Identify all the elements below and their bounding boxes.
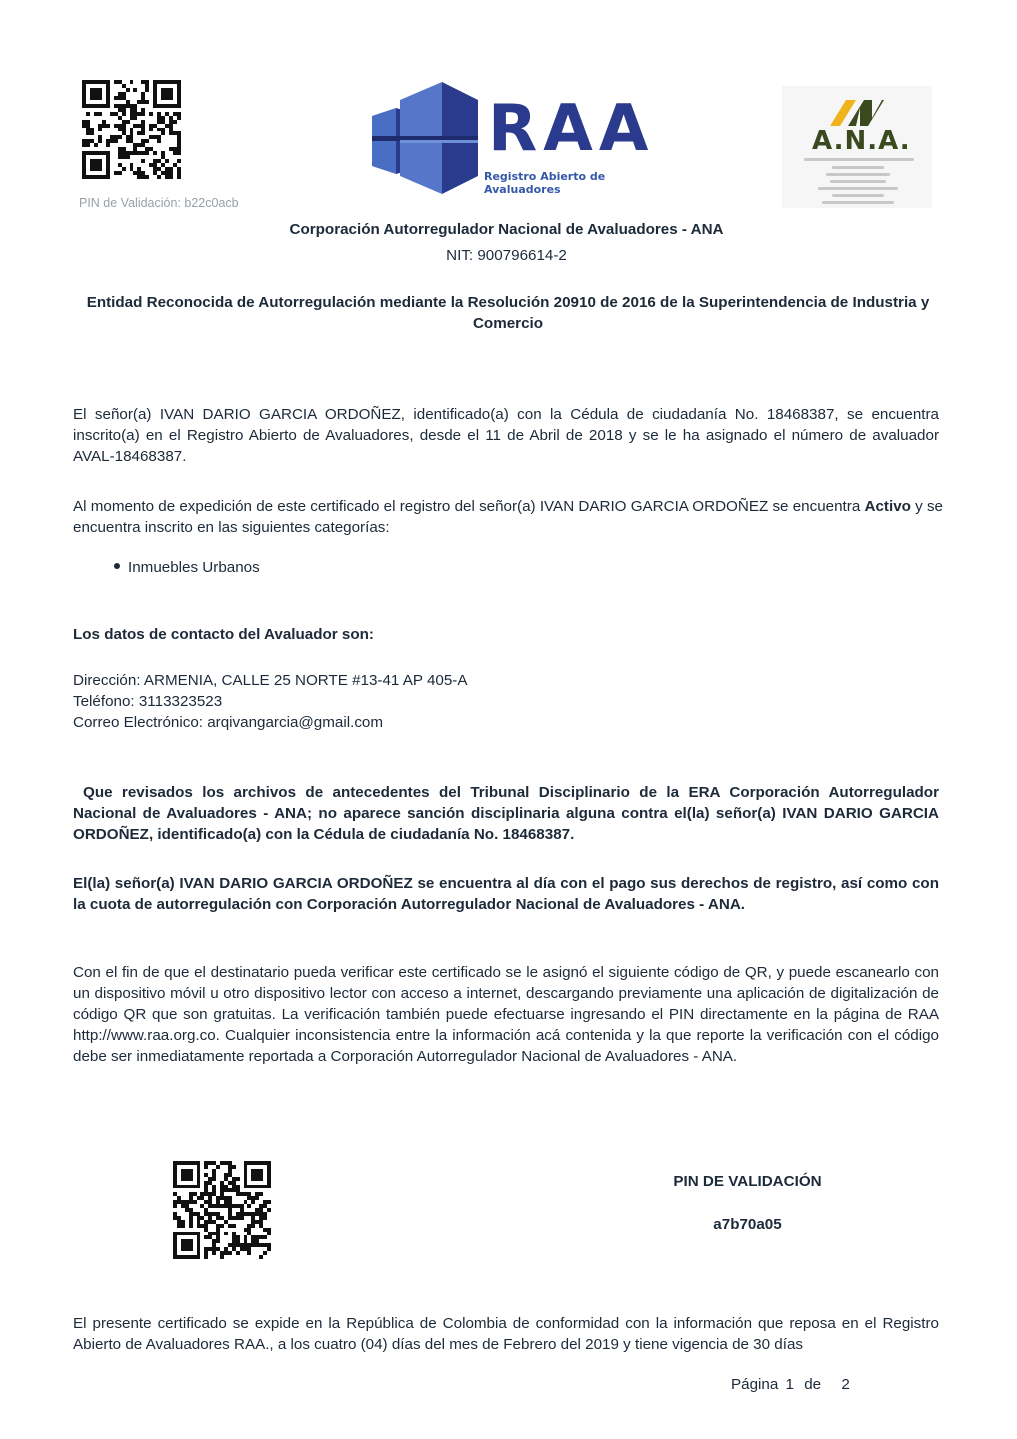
contact-phone: Teléfono: 3113323523 (73, 691, 222, 712)
contact-address: Dirección: ARMENIA, CALLE 25 NORTE #13-4… (73, 670, 468, 691)
bullet-icon (114, 563, 120, 569)
ana-info-line (832, 194, 884, 197)
ana-info-line (830, 180, 886, 183)
recognition-statement: Entidad Reconocida de Autorregulación me… (70, 292, 946, 334)
ana-logo-word: A.N.A. (812, 126, 911, 156)
page-current: 1 (786, 1376, 794, 1393)
raa-building-logo-icon (370, 78, 482, 198)
page-total: 2 (841, 1376, 849, 1393)
contact-email: Correo Electrónico: arqivangarcia@gmail.… (73, 712, 383, 733)
payment-name: IVAN DARIO GARCIA ORDOÑEZ (179, 875, 412, 892)
status-badge: Activo (865, 498, 911, 515)
intro-paragraph: El señor(a) IVAN DARIO GARCIA ORDOÑEZ, i… (73, 404, 939, 467)
category-list: Inmuebles Urbanos (114, 557, 260, 578)
status-paragraph: Al momento de expedición de este certifi… (73, 496, 953, 538)
qr-code-icon (173, 1161, 271, 1259)
page-label: Página (731, 1376, 778, 1393)
ana-logo: A.N.A. (782, 86, 932, 208)
raa-logo-subtitle: Registro Abierto de Avaluadores (484, 170, 660, 196)
ana-info-line (822, 201, 894, 204)
page-of: de (804, 1376, 821, 1393)
ana-tagline (804, 158, 914, 161)
validation-label: PIN DE VALIDACIÓN (640, 1171, 855, 1192)
page-indicator: Página 1 de 2 (731, 1374, 850, 1395)
ana-logo-icon (826, 92, 886, 128)
contact-heading: Los datos de contacto del Avaluador son: (73, 624, 374, 645)
list-item: Inmuebles Urbanos (114, 557, 260, 578)
organization-name: Corporación Autorregulador Nacional de A… (0, 219, 1013, 240)
category-label: Inmuebles Urbanos (128, 559, 260, 576)
ana-info-line (832, 166, 884, 169)
issuance-paragraph: El presente certificado se expide en la … (73, 1313, 939, 1355)
qr-code-icon (82, 80, 181, 179)
top-pin-label: PIN de Validación: b22c0acb (79, 196, 239, 210)
raa-logo-word: RAA (488, 92, 654, 166)
ana-info-line (826, 173, 890, 176)
organization-nit: NIT: 900796614-2 (0, 245, 1013, 266)
payment-prefix: El(la) señor(a) (73, 875, 179, 892)
raa-logo: RAA Registro Abierto de Avaluadores (370, 78, 660, 198)
validation-pin: a7b70a05 (640, 1214, 855, 1235)
verification-paragraph: Con el fin de que el destinatario pueda … (73, 962, 939, 1067)
status-prefix: Al momento de expedición de este certifi… (73, 498, 865, 515)
disciplinary-paragraph: Que revisados los archivos de antecedent… (73, 782, 939, 845)
ana-info-line (818, 187, 898, 190)
payment-paragraph: El(la) señor(a) IVAN DARIO GARCIA ORDOÑE… (73, 873, 939, 915)
